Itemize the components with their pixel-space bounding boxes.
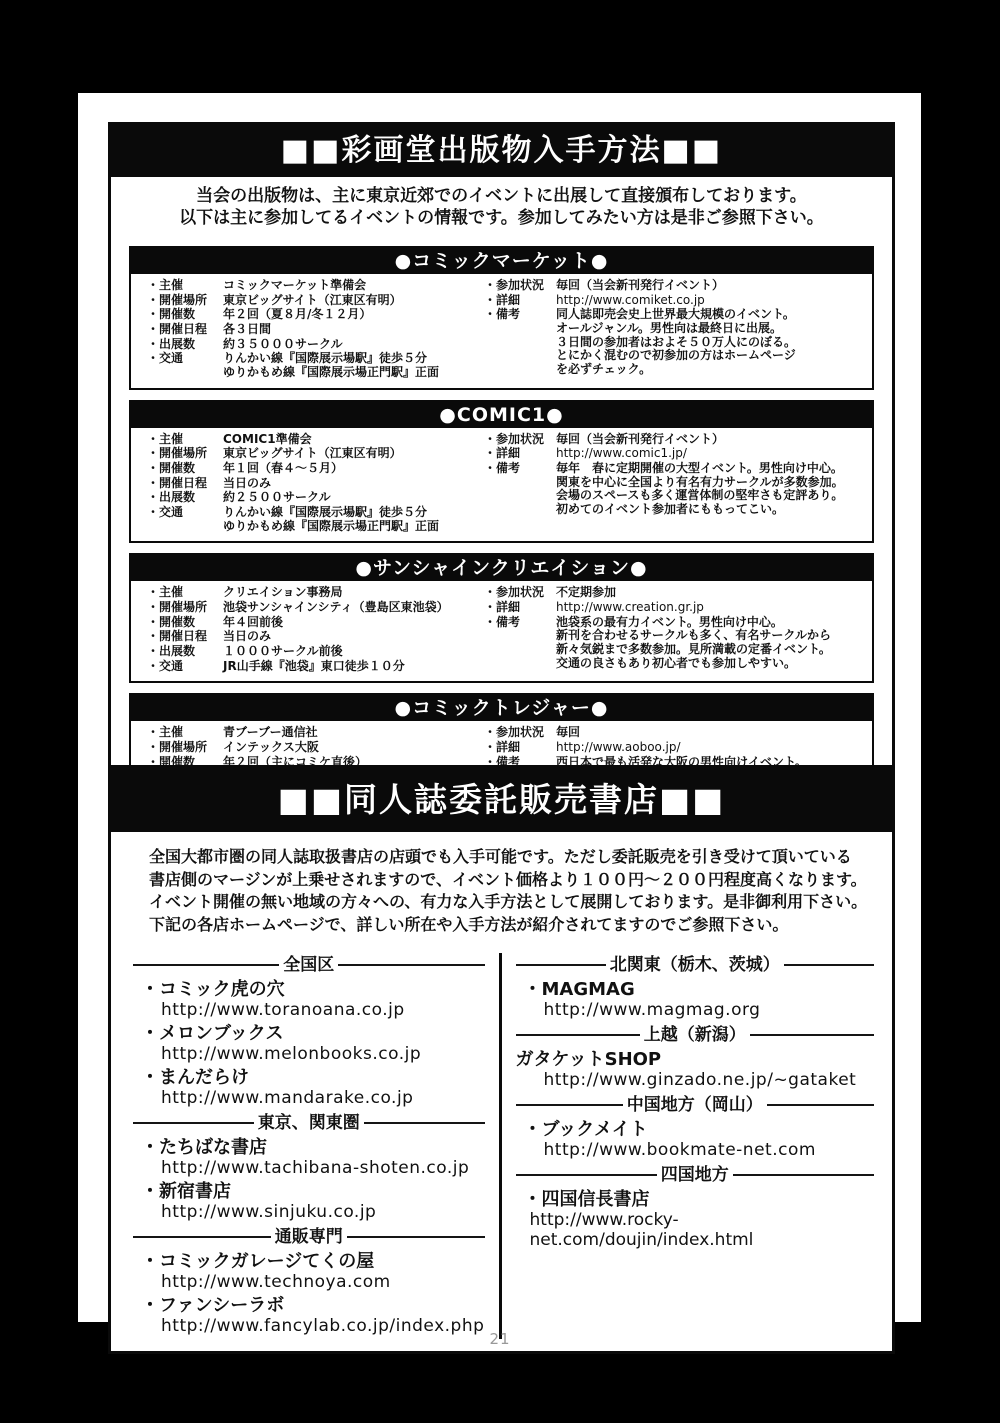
detail-value: 毎回 <box>556 726 864 740</box>
event-list: ●コミックマーケット● ・主催コミックマーケット準備会 ・開催場所東京ビッグサイ… <box>111 246 892 837</box>
event-comic-market-header: ●コミックマーケット● <box>131 248 872 274</box>
bookstore-columns: 全国区 ・コミック虎の穴 http://www.toranoana.co.jp … <box>111 947 892 1351</box>
bookstore-entry: ・四国信長書店 http://www.rocky-net.com/doujin/… <box>512 1189 879 1250</box>
bookstore-entry: ガタケットSHOP http://www.ginzado.ne.jp/~gata… <box>512 1049 879 1090</box>
bookstore-url: http://www.rocky-net.com/doujin/index.ht… <box>512 1210 879 1250</box>
detail-value: 年１回（春４～５月） <box>223 462 484 476</box>
detail-label: ・詳細 <box>484 447 556 461</box>
detail-value: 毎回（当会新刊発行イベント） <box>556 279 864 293</box>
detail-row: ・参加状況毎回 <box>484 726 864 740</box>
bookstore-column-right: 北関東（栃木、茨城） ・MAGMAG http://www.magmag.org… <box>502 953 893 1339</box>
detail-row: ・詳細http://www.aoboo.jp/ <box>484 741 864 755</box>
group-shikoku-header: 四国地方 <box>512 1163 879 1187</box>
detail-row: ・参加状況不定期参加 <box>484 586 864 600</box>
bookstore-url: http://www.toranoana.co.jp <box>129 1000 489 1020</box>
bookstore-url: http://www.tachibana-shoten.co.jp <box>129 1158 489 1178</box>
bookstore-name: ・四国信長書店 <box>512 1189 879 1210</box>
group-header-label: 上越（新潟） <box>644 1023 746 1047</box>
group-chugoku-header: 中国地方（岡山） <box>512 1093 879 1117</box>
bookstore-name: ガタケットSHOP <box>512 1049 879 1070</box>
detail-row: ・詳細http://www.creation.gr.jp <box>484 601 864 615</box>
event-details-right: ・参加状況毎回（当会新刊発行イベント） ・詳細http://www.comic1… <box>484 433 864 535</box>
event-comic1-header: ●COMIC1● <box>131 402 872 428</box>
detail-row: ・詳細http://www.comic1.jp/ <box>484 447 864 461</box>
group-joetsu-header: 上越（新潟） <box>512 1023 879 1047</box>
detail-label: ・開催数 <box>147 462 223 476</box>
detail-value: インテックス大阪 <box>223 741 484 755</box>
detail-value: 毎年 春に定期開催の大型イベント。男性向け中心。 関東を中心に全国より有名有力サ… <box>556 462 864 517</box>
event-comic1: ●COMIC1● ・主催COMIC1準備会 ・開催場所東京ビッグサイト（江東区有… <box>129 400 874 544</box>
bookstore-entry: ・MAGMAG http://www.magmag.org <box>512 979 879 1020</box>
bookstore-url: http://www.ginzado.ne.jp/~gataket <box>512 1070 879 1090</box>
bookstore-url: http://www.mandarake.co.jp <box>129 1088 489 1108</box>
rule-line <box>133 964 279 966</box>
detail-value: りんかい線『国際展示場駅』徒歩５分 ゆりかもめ線『国際展示場正門駅』正面 <box>223 352 484 379</box>
event-details-left: ・主催COMIC1準備会 ・開催場所東京ビッグサイト（江東区有明） ・開催数年１… <box>147 433 484 535</box>
detail-label: ・参加状況 <box>484 726 556 740</box>
detail-label: ・出展数 <box>147 491 223 505</box>
detail-value: 池袋系の最有力イベント。男性向け中心。 新刊を合わせるサークルも多く、有名サーク… <box>556 616 864 671</box>
detail-label: ・参加状況 <box>484 433 556 447</box>
page-number: 21 <box>0 1330 1000 1348</box>
event-url-text: http://www.creation.gr.jp <box>556 601 864 615</box>
bookstore-name: ・コミックガレージてくの屋 <box>129 1251 489 1272</box>
detail-value: 毎回（当会新刊発行イベント） <box>556 433 864 447</box>
detail-row: ・主催コミックマーケット準備会 <box>147 279 484 293</box>
scanned-doujinshi-page: { "page_number": "21", "colors": { "back… <box>0 0 1000 1423</box>
event-comic-treasure-header: ●コミックトレジャー● <box>131 695 872 721</box>
bookstore-url: http://www.melonbooks.co.jp <box>129 1044 489 1064</box>
detail-label: ・開催場所 <box>147 741 223 755</box>
detail-value: 約３５０００サークル <box>223 338 484 352</box>
bookstore-name: ・たちばな書店 <box>129 1137 489 1158</box>
detail-row: ・出展数約２５００サークル <box>147 491 484 505</box>
event-comic1-details: ・主催COMIC1準備会 ・開催場所東京ビッグサイト（江東区有明） ・開催数年１… <box>131 428 872 542</box>
detail-value: 当日のみ <box>223 630 484 644</box>
event-sunshine-creation-details: ・主催クリエイション事務局 ・開催場所池袋サンシャインシティ（豊島区東池袋） ・… <box>131 581 872 681</box>
rule-line <box>516 1034 640 1036</box>
event-details-right: ・参加状況毎回（当会新刊発行イベント） ・詳細http://www.comike… <box>484 279 864 381</box>
paper-page: ■■彩画堂出版物入手方法■■ 当会の出版物は、主に東京近郊でのイベントに出展して… <box>78 93 921 1322</box>
rule-line <box>133 1236 271 1238</box>
detail-row: ・交通りんかい線『国際展示場駅』徒歩５分 ゆりかもめ線『国際展示場正門駅』正面 <box>147 352 484 379</box>
detail-row: ・開催場所東京ビッグサイト（江東区有明） <box>147 447 484 461</box>
detail-label: ・詳細 <box>484 741 556 755</box>
event-sunshine-creation: ●サンシャインクリエイション● ・主催クリエイション事務局 ・開催場所池袋サンシ… <box>129 553 874 683</box>
detail-value: 東京ビッグサイト（江東区有明） <box>223 447 484 461</box>
detail-value: 年４回前後 <box>223 616 484 630</box>
detail-label: ・交通 <box>147 660 223 674</box>
detail-label: ・備考 <box>484 308 556 376</box>
detail-value: クリエイション事務局 <box>223 586 484 600</box>
event-comic-market: ●コミックマーケット● ・主催コミックマーケット準備会 ・開催場所東京ビッグサイ… <box>129 246 874 390</box>
detail-value: 当日のみ <box>223 477 484 491</box>
event-url-text: http://www.comic1.jp/ <box>556 447 864 461</box>
bookstore-entry: ・メロンブックス http://www.melonbooks.co.jp <box>129 1023 489 1064</box>
detail-label: ・備考 <box>484 462 556 517</box>
detail-value: 各３日間 <box>223 323 484 337</box>
bookstore-entry: ・たちばな書店 http://www.tachibana-shoten.co.j… <box>129 1137 489 1178</box>
rule-line <box>347 1236 485 1238</box>
detail-row: ・備考毎年 春に定期開催の大型イベント。男性向け中心。 関東を中心に全国より有名… <box>484 462 864 517</box>
detail-label: ・備考 <box>484 616 556 671</box>
detail-label: ・開催場所 <box>147 447 223 461</box>
event-url-text: http://www.comiket.co.jp <box>556 294 864 308</box>
bookstore-name: ・まんだらけ <box>129 1067 489 1088</box>
detail-row: ・開催場所東京ビッグサイト（江東区有明） <box>147 294 484 308</box>
detail-value: COMIC1準備会 <box>223 433 484 447</box>
event-details-right: ・参加状況不定期参加 ・詳細http://www.creation.gr.jp … <box>484 586 864 674</box>
bookstore-entry: ・ブックメイト http://www.bookmate-net.com <box>512 1119 879 1160</box>
detail-label: ・主催 <box>147 586 223 600</box>
bookstore-url: http://www.bookmate-net.com <box>512 1140 879 1160</box>
detail-value: 青ブーブー通信社 <box>223 726 484 740</box>
bookstore-url: http://www.magmag.org <box>512 1000 879 1020</box>
detail-label: ・主催 <box>147 433 223 447</box>
detail-value: １０００サークル前後 <box>223 645 484 659</box>
rule-line <box>750 1034 874 1036</box>
bookstore-name: ・ブックメイト <box>512 1119 879 1140</box>
rule-line <box>784 964 874 966</box>
bookstore-entry: ・コミックガレージてくの屋 http://www.technoya.com <box>129 1251 489 1292</box>
event-sunshine-creation-header: ●サンシャインクリエイション● <box>131 555 872 581</box>
detail-value: 池袋サンシャインシティ（豊島区東池袋） <box>223 601 484 615</box>
detail-label: ・主催 <box>147 279 223 293</box>
detail-label: ・開催数 <box>147 308 223 322</box>
detail-row: ・開催場所池袋サンシャインシティ（豊島区東池袋） <box>147 601 484 615</box>
detail-label: ・詳細 <box>484 294 556 308</box>
rule-line <box>733 1174 874 1176</box>
detail-row: ・開催日程当日のみ <box>147 630 484 644</box>
section2-title-banner: ■■同人誌委託販売書店■■ <box>111 768 892 832</box>
section-consignment-bookstores: ■■同人誌委託販売書店■■ 全国大都市圏の同人誌取扱書店の店頭でも入手可能です。… <box>108 765 895 1354</box>
detail-value: JR山手線『池袋』東口徒歩１０分 <box>223 660 484 674</box>
detail-label: ・開催数 <box>147 616 223 630</box>
group-kita-kanto-header: 北関東（栃木、茨城） <box>512 953 879 977</box>
rule-line <box>516 1174 657 1176</box>
detail-row: ・交通りんかい線『国際展示場駅』徒歩５分 ゆりかもめ線『国際展示場正門駅』正面 <box>147 506 484 533</box>
detail-row: ・詳細http://www.comiket.co.jp <box>484 294 864 308</box>
section1-title-banner: ■■彩画堂出版物入手方法■■ <box>111 125 892 177</box>
group-header-label: 東京、関東圏 <box>258 1111 360 1135</box>
rule-line <box>516 964 606 966</box>
bookstore-name: ・新宿書店 <box>129 1181 489 1202</box>
detail-row: ・主催クリエイション事務局 <box>147 586 484 600</box>
detail-row: ・開催日程当日のみ <box>147 477 484 491</box>
detail-row: ・備考池袋系の最有力イベント。男性向け中心。 新刊を合わせるサークルも多く、有名… <box>484 616 864 671</box>
detail-label: ・参加状況 <box>484 279 556 293</box>
detail-label: ・出展数 <box>147 338 223 352</box>
group-national-header: 全国区 <box>129 953 489 977</box>
detail-label: ・開催日程 <box>147 630 223 644</box>
rule-line <box>338 964 484 966</box>
detail-label: ・交通 <box>147 352 223 379</box>
detail-label: ・開催場所 <box>147 294 223 308</box>
group-header-label: 中国地方（岡山） <box>627 1093 763 1117</box>
event-comic-market-details: ・主催コミックマーケット準備会 ・開催場所東京ビッグサイト（江東区有明） ・開催… <box>131 274 872 388</box>
group-header-label: 四国地方 <box>661 1163 729 1187</box>
detail-value: 東京ビッグサイト（江東区有明） <box>223 294 484 308</box>
detail-value: 約２５００サークル <box>223 491 484 505</box>
bookstore-entry: ・まんだらけ http://www.mandarake.co.jp <box>129 1067 489 1108</box>
bookstore-name: ・ファンシーラボ <box>129 1295 489 1316</box>
detail-value: コミックマーケット準備会 <box>223 279 484 293</box>
rule-line <box>364 1122 485 1124</box>
rule-line <box>133 1122 254 1124</box>
detail-row: ・主催COMIC1準備会 <box>147 433 484 447</box>
detail-value: りんかい線『国際展示場駅』徒歩５分 ゆりかもめ線『国際展示場正門駅』正面 <box>223 506 484 533</box>
group-header-label: 通販専門 <box>275 1225 343 1249</box>
detail-label: ・主催 <box>147 726 223 740</box>
detail-label: ・交通 <box>147 506 223 533</box>
detail-label: ・詳細 <box>484 601 556 615</box>
bookstore-url: http://www.technoya.com <box>129 1272 489 1292</box>
event-url-text: http://www.aoboo.jp/ <box>556 741 864 755</box>
event-details-left: ・主催クリエイション事務局 ・開催場所池袋サンシャインシティ（豊島区東池袋） ・… <box>147 586 484 674</box>
section-publication-howto: ■■彩画堂出版物入手方法■■ 当会の出版物は、主に東京近郊でのイベントに出展して… <box>108 122 895 840</box>
detail-row: ・出展数約３５０００サークル <box>147 338 484 352</box>
detail-value: 年２回（夏８月/冬１２月） <box>223 308 484 322</box>
section1-intro-text: 当会の出版物は、主に東京近郊でのイベントに出展して直接頒布しております。 以下は… <box>111 177 892 236</box>
rule-line <box>516 1104 623 1106</box>
event-details-left: ・主催コミックマーケット準備会 ・開催場所東京ビッグサイト（江東区有明） ・開催… <box>147 279 484 381</box>
detail-row: ・出展数１０００サークル前後 <box>147 645 484 659</box>
detail-label: ・開催場所 <box>147 601 223 615</box>
bookstore-name: ・メロンブックス <box>129 1023 489 1044</box>
detail-row: ・参加状況毎回（当会新刊発行イベント） <box>484 279 864 293</box>
detail-row: ・参加状況毎回（当会新刊発行イベント） <box>484 433 864 447</box>
detail-label: ・開催日程 <box>147 477 223 491</box>
detail-label: ・参加状況 <box>484 586 556 600</box>
detail-row: ・開催数年１回（春４～５月） <box>147 462 484 476</box>
bookstore-name: ・MAGMAG <box>512 979 879 1000</box>
detail-value: 同人誌即売会史上世界最大規模のイベント。 オールジャンル。男性向は最終日に出展。… <box>556 308 864 376</box>
section2-intro-text: 全国大都市圏の同人誌取扱書店の店頭でも入手可能です。ただし委託販売を引き受けて頂… <box>111 832 892 947</box>
detail-value: 不定期参加 <box>556 586 864 600</box>
group-header-label: 北関東（栃木、茨城） <box>610 953 780 977</box>
bookstore-entry: ・新宿書店 http://www.sinjuku.co.jp <box>129 1181 489 1222</box>
detail-row: ・開催日程各３日間 <box>147 323 484 337</box>
rule-line <box>767 1104 874 1106</box>
detail-row: ・主催青ブーブー通信社 <box>147 726 484 740</box>
detail-row: ・備考同人誌即売会史上世界最大規模のイベント。 オールジャンル。男性向は最終日に… <box>484 308 864 376</box>
group-mail-order-header: 通販専門 <box>129 1225 489 1249</box>
detail-label: ・出展数 <box>147 645 223 659</box>
detail-label: ・開催日程 <box>147 323 223 337</box>
detail-row: ・開催場所インテックス大阪 <box>147 741 484 755</box>
detail-row: ・開催数年４回前後 <box>147 616 484 630</box>
bookstore-name: ・コミック虎の穴 <box>129 979 489 1000</box>
detail-row: ・交通JR山手線『池袋』東口徒歩１０分 <box>147 660 484 674</box>
detail-row: ・開催数年２回（夏８月/冬１２月） <box>147 308 484 322</box>
bookstore-column-left: 全国区 ・コミック虎の穴 http://www.toranoana.co.jp … <box>111 953 502 1339</box>
group-tokyo-kanto-header: 東京、関東圏 <box>129 1111 489 1135</box>
bookstore-url: http://www.sinjuku.co.jp <box>129 1202 489 1222</box>
bookstore-entry: ・コミック虎の穴 http://www.toranoana.co.jp <box>129 979 489 1020</box>
group-header-label: 全国区 <box>283 953 334 977</box>
